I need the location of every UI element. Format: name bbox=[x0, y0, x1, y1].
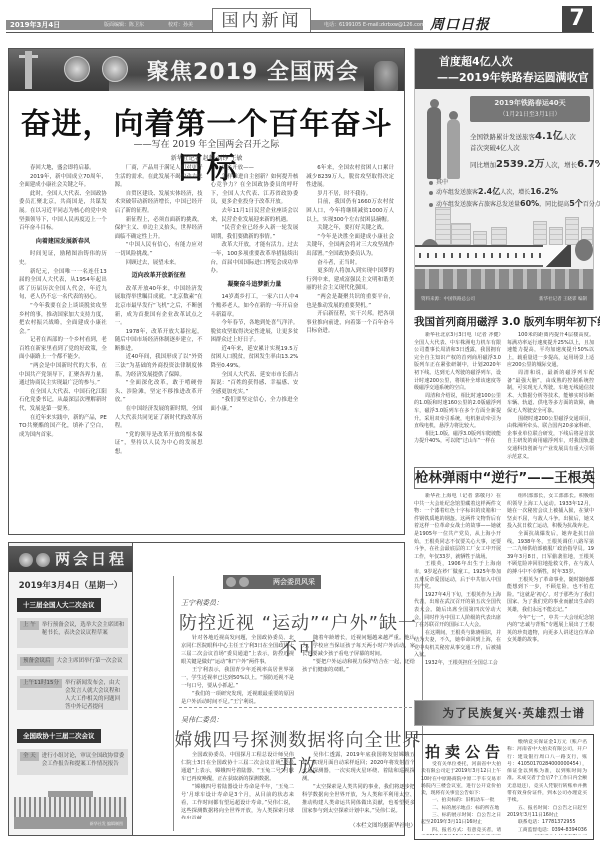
feature-source: （本栏文图均据新华社电） bbox=[350, 821, 416, 829]
paragraph: 新征程上，必须直面新的挑战，保护主义、单边主义抬头，世界经济面临不确定性上升。 bbox=[115, 216, 203, 242]
paragraph: 吴伟仁透露，2019年底我国将发射嫦娥五号，实现月面自动采样返回；2020年将发… bbox=[302, 751, 415, 783]
paragraph: 改革开放40年来，中国经济发展取得举世瞩目成就。“北京数素”在北京市最早发行“飞… bbox=[115, 285, 203, 328]
article-column: 组织部部长，女工部部长。积极组织领导上海工人运动。1933年12月，她在一次秘密… bbox=[507, 493, 594, 695]
paragraph: “全面深化改革，敢于啃硬骨头、涉险滩，坚定不移推进改革开放。” bbox=[115, 379, 203, 405]
paragraph: 去年11月1日民营企业座谈会以来，民营企业发展迎来新的机遇。 bbox=[211, 207, 299, 224]
sessions-schedule: 两会日程 2019年3月4日（星期一） 十三届全国人大二次会议 上 午 举行预备… bbox=[8, 542, 133, 836]
paragraph: 春回大地，盛会即将启幕。 bbox=[19, 164, 107, 173]
infographic-header: 首度超4亿人次 ——2019年铁路春运圆满收官 bbox=[415, 49, 593, 89]
paragraph: 王根英，1906年出生于上海南市，9岁起在纱厂做童工。1925年参加五卅反帝爱国… bbox=[414, 561, 501, 591]
article-column: 厂商，产品用于满足人们对更好生活的需求。在此发展不竭的动力来源。 自贸区建设、发… bbox=[115, 164, 203, 526]
stat-milestone: 首次突破4亿人次 bbox=[470, 143, 520, 152]
paragraph: “我们的一项研究发现，近视眼最重要的原因是户外活动时间不足。”王宁利说。 bbox=[181, 690, 294, 704]
traveler-icon bbox=[447, 119, 460, 179]
paragraph: 随着年龄增长，近视问题越来越严重。他认为，学校应当保证孩子每天两小时户外活动，家… bbox=[302, 634, 415, 658]
feature-label: 两会委员风采 bbox=[223, 575, 321, 589]
paragraph: 在这期间，王根英与陈赓相识，并结为夫妻，不久，她奉命回到上海，在党中央机关秘密从… bbox=[414, 630, 501, 660]
paragraph: 回顾过去，展望未来。 bbox=[115, 259, 203, 268]
article-column: 随着年龄增长，近视问题越来越严重。他认为，学校应当保证孩子每天两小时户外活动，家… bbox=[302, 634, 415, 704]
badge-dates: （1月21日至3月1日） bbox=[470, 109, 590, 118]
paragraph: 近4年来，延安累计实现19.5万贫困人口脱贫，贫困发生率由13.2%降至0.49… bbox=[211, 345, 299, 371]
infographic-headline: 首度超4亿人次 bbox=[439, 53, 513, 69]
paragraph: 岁月不居，时不我待。 bbox=[306, 190, 394, 199]
profile-body: 针对各地近视高发问题，全国政协委员、北京同仁医院眼科中心主任王宁利3日在全国政协… bbox=[181, 634, 415, 704]
profile-member-name: 吴伟仁委员： bbox=[181, 715, 223, 725]
paragraph: 四、报名方式：有意竞买者，请于2019年3月11日16时前向指定账户 bbox=[421, 827, 501, 835]
paragraph: 新纪元，全国唯一一名连任13届的全国人大代表，从1954年起出席了历届历次全国人… bbox=[19, 268, 107, 302]
schedule-item: 上 午 举行预备会议，选举大会主席团和秘书长，表决会议议程草案 bbox=[17, 618, 128, 648]
schedule-time: 上午11时15分 bbox=[20, 679, 62, 688]
article-column: 新华社北京3月3日电（记者 齐健）全国人大代表、中车株洲电力机车有限公司董事长周… bbox=[414, 332, 501, 462]
paragraph: 新华社北京3月3日电（记者 齐健）全国人大代表、中车株洲电力机车有限公司董事长周… bbox=[414, 332, 501, 393]
section-subhead: 迈向改革开放新征程 bbox=[115, 272, 203, 281]
paragraph: “民营企业已经步入新一轮发展周期，我们要做新的事情。” bbox=[211, 224, 299, 241]
paragraph: 6年来，全国农村贫困人口累计减少8239万人，脱贫攻坚取得决定性进展。 bbox=[306, 164, 394, 190]
martyr-headline: 枪林弹雨中“逆行”——王根英 bbox=[414, 467, 594, 489]
section-title: 国内新闻 bbox=[212, 8, 311, 32]
paragraph: 二、标的展示地点：标的所在地 bbox=[421, 805, 501, 812]
cppcc-emblem-icon bbox=[239, 577, 249, 587]
paragraph: “太空探索是人类共同的事业，我们将逐步把科学数据向全世界开放，为人类和平利用太空… bbox=[302, 783, 415, 815]
paragraph: 更多的人将加入到实现中国梦的行列中来，建成富强民主文明和谐美丽的社会主义现代化强… bbox=[306, 267, 394, 293]
national-emblem-icon bbox=[64, 56, 90, 82]
paragraph: 1927年4月下旬，王根英作为上海代表，出席在武汉召开的第五次全国代表大会。随后… bbox=[414, 592, 501, 630]
paragraph: 全国政协委员、中国探月工程总设计师吴伟仁院士3日在全国政协十三届二次会议首场“委… bbox=[181, 751, 294, 783]
page-number: 7 bbox=[562, 6, 592, 32]
schedule-title: 两会日程 bbox=[55, 550, 127, 568]
member-profiles: 王宁利委员： 防控近视 “运动”“户外”缺一不可 针对各地近视高发问题，全国政协… bbox=[133, 542, 405, 836]
tree-icon bbox=[575, 239, 593, 261]
schedule-text: 大会主席团举行第一次会议 bbox=[57, 657, 123, 667]
paragraph: 怎样推进自主创新？如何提升核心竞争力？在全国政协委员的呼吁下，全国人大代表、江苏… bbox=[211, 173, 299, 207]
lead-subheadline: ——写在 2019 年全国两会召开之际 bbox=[9, 137, 404, 150]
paragraph: 在全国人大代表、中国石化江阳石化党委书记，从最深层次理解新时代，发展是第一要务。 bbox=[19, 388, 107, 414]
viaduct-illustration bbox=[415, 269, 593, 289]
paragraph: “嫦娥四号着陆器设计寿命是半年，‘玉兔二号’月球车设计寿命是3个月，从目前的状态… bbox=[181, 783, 294, 819]
paragraph: 在中国经济发展的新时期，全国人大代表共同见证了新时代的改革历程。 bbox=[115, 405, 203, 431]
heroes-series-banner: 为了民族复兴·英雄烈士谱 bbox=[414, 700, 594, 726]
feature-label-text: 两会委员风采 bbox=[273, 578, 315, 586]
bullet-icon bbox=[429, 181, 433, 185]
article-column: 缴纳竞买保证金1万元（账户名称：河南省中大拍卖有限公司，开户行：建设银行周口八一… bbox=[507, 739, 587, 835]
train-nose-icon bbox=[543, 245, 571, 267]
travelers-illustration bbox=[427, 99, 467, 179]
schedule-header: 两会日程 bbox=[9, 546, 132, 572]
sub-label: 其中 bbox=[429, 177, 448, 186]
paragraph: 2019年，新中国成立70周年，全面建成小康社会关键之年。 bbox=[19, 173, 107, 190]
paragraph: 厂商，产品用于满足人们对更好生活的需求。在此发展不竭的动力来源。 bbox=[115, 164, 203, 190]
masthead: 2019年3月4日 版面编辑：陈卫东 校对：孙美 国内新闻 电话：6199105… bbox=[0, 0, 600, 38]
article-column: 全国政协委员、中国探月工程总设计师吴伟仁院士3日在全国政协十三届二次会议首场“委… bbox=[181, 751, 294, 819]
paragraph: “今年我要在会上谈谈脱贫攻坚乡村的事，推动国家加大支持力度，把农村振兴战略，全面… bbox=[19, 302, 107, 336]
national-emblem-icon bbox=[226, 577, 236, 587]
auction-notice: 拍卖公告 受有关单位委托，河南省中大拍卖有限公司定于2019年3月12日上午10… bbox=[414, 734, 594, 840]
schedule-credit: 新华社发 编辑制图 bbox=[90, 821, 123, 827]
paragraph: “党的领导是改革开放的根本保证”，坚持以人民为中心的发展思想。 bbox=[115, 431, 203, 457]
page-editor: 版面编辑：陈卫东 bbox=[104, 21, 144, 28]
schedule-item: 全 天 进行小组讨论，审议全国政协常委会工作报告和提案工作情况报告 bbox=[17, 749, 128, 775]
traveler-icon bbox=[427, 107, 441, 179]
cppcc-emblem-icon bbox=[36, 553, 50, 567]
schedule-time: 预备会议后 bbox=[20, 657, 54, 666]
paragraph: 针对各地近视高发问题，全国政协委员、北京同仁医院眼科中心主任王宁利3日在全国政协… bbox=[181, 634, 294, 666]
paragraph: 联系电话：17781372955 bbox=[507, 819, 587, 826]
newspaper-name: 周口日报 bbox=[430, 14, 490, 34]
auction-signature-company: 河南省中大拍卖有限公司 bbox=[507, 834, 587, 835]
schedule-time: 全 天 bbox=[20, 752, 39, 761]
schedule-time: 上 午 bbox=[20, 621, 39, 630]
paragraph: 在近年来实践中，新的产品，PETO共聚酯的国产化，填补了空白，成为国内首家。 bbox=[19, 414, 107, 440]
paragraph: 周清和介绍说，相比时速100公里的1.0版和时速160公里的2.0版磁浮列车，磁… bbox=[414, 393, 501, 431]
paragraph: 今年“七一”，中共一大会址纪念馆内的“忠诚与背叛”专题展上展出了王根英的珍贵遗物… bbox=[507, 615, 594, 645]
auction-body: 受有关单位委托，河南省中大拍卖有限公司定于2019年3月12日上午10时在中原路… bbox=[421, 761, 587, 835]
paragraph: 更多开放—— bbox=[211, 164, 299, 173]
paragraph: 今年春节，各地到处喜气洋洋。脱贫攻坚取得决定性进展，让更多贫困群众过上好日子。 bbox=[211, 319, 299, 345]
paragraph: 全国人大代表、延安市市长薛占海说：“百姓的获得感、幸福感、安全感更加充实。” bbox=[211, 371, 299, 397]
stat-growth: 同比增加2539.2万人次，增长6.7% bbox=[470, 155, 600, 170]
article-column: 吴伟仁透露，2019年底我国将发射嫦娥五号，实现月面自动采样返回；2020年将发… bbox=[302, 751, 415, 819]
paragraph: 周清和说，最新的磁浮列车配备“最强大脑”，由成熟的控制系统控制，可实现无人驾驶。… bbox=[507, 370, 594, 416]
paragraph: 新华社上海电（记者 郭敬丹）在中共一大会址纪念馆里藏着这样两件文物：一个漆着红色… bbox=[414, 493, 501, 561]
paragraph: 记者在西部的一个乡村看到，老百姓在新家里看到了党的好政策，全面小康路上一个都不能… bbox=[19, 336, 107, 362]
issue-date: 2019年3月4日 bbox=[10, 20, 60, 30]
paragraph: 王宁利表示，我国青少年近视率高居世界第一，学生近视率已达到50%以上。“预防近视… bbox=[181, 666, 294, 690]
data-source: 资料来源：中国铁路总公司 bbox=[421, 296, 475, 302]
paragraph: 关键之年，要打好关键之战。 bbox=[306, 224, 394, 233]
paragraph: 缴纳竞买保证金1万元（账户名称：河南省中大拍卖有限公司，开户行：建设银行周口八一… bbox=[507, 739, 587, 805]
paragraph: 1978年，改革开放大幕拉起，随后中国市场经济体制逐步建立，不断推进。 bbox=[115, 328, 203, 354]
paragraph: 相比1.0版，磁浮3.0版列车爬坡能力提升40%，可以爬“过山车”一样在 bbox=[414, 431, 501, 446]
paragraph: 时间见证，励精图治铸伟的历史。 bbox=[19, 250, 107, 267]
lead-article-body: 春回大地，盛会即将启幕。 2019年，新中国成立70周年，全面建成小康社会关键之… bbox=[19, 164, 394, 526]
paragraph: “我们要坚定信心，全力推进全面小康。” bbox=[211, 396, 299, 413]
schedule-text: 进行小组讨论，审议全国政协常委会工作报告和提案工作情况报告 bbox=[42, 752, 125, 772]
paragraph: “中国人民有信心，有能力应对一切风险挑战。” bbox=[115, 241, 203, 258]
auction-title: 拍卖公告 bbox=[425, 741, 505, 762]
paragraph: 三、标的展示时间：自公告之日起至2019年3月11日16时止 bbox=[421, 812, 501, 827]
heroes-series-title: 为了民族复兴·英雄烈士谱 bbox=[442, 705, 585, 721]
article-column: 6年来，全国农村贫困人口累计减少8239万人，脱贫攻坚取得决定性进展。 岁月不居… bbox=[306, 164, 394, 526]
paragraph: 五、报名时间：自公告之日起至2019年3月11日16时止 bbox=[507, 805, 587, 820]
paragraph: 100米的距离内提升4层楼高度。每满功率运行速度提升25%以上，且加速能力提高，… bbox=[507, 332, 594, 370]
section-subhead: 向着建国发展新春风 bbox=[19, 238, 107, 247]
paragraph: 奋斗者，正当时。 bbox=[306, 259, 394, 268]
paragraph: “要把户外运动和视力保护结合在一起，还给孩子们健康的双眼。” bbox=[302, 658, 415, 674]
two-sessions-banner: 聚焦2019 全国两会 bbox=[9, 49, 404, 91]
article-column: 针对各地近视高发问题，全国政协委员、北京同仁医院眼科中心主任王宁利3日在全国政协… bbox=[181, 634, 294, 704]
paragraph: 王根英为了革命事业，随时随地都能想到下一步，不顾危险，也不怕危险。“这就是‘初心… bbox=[507, 577, 594, 615]
national-emblem-icon bbox=[19, 553, 33, 567]
paragraph: “两会是中国新时代的大事，在中国共产党领导下，汇聚各界力量，通过协商民主实现最广… bbox=[19, 362, 107, 388]
lead-article: 聚焦2019 全国两会 奋进，向着第一个百年奋斗目标 ——写在 2019 年全国… bbox=[8, 48, 405, 535]
paragraph: 围绕时速200公里磁浮交通项目，由株洲所牵头、联合国内20多家科研、企事业单位联… bbox=[507, 416, 594, 462]
contact-info: 电话：6199105 E-mail:zkrbxw@126.com bbox=[324, 21, 425, 28]
paragraph: 改革大开放，才能有活力。过去一年，100多项重要改革举措陆续出台，首届中国国际进… bbox=[211, 241, 299, 275]
paragraph: 组织部部长，女工部部长。积极组织领导上海工人运动。1933年12月，她在一次秘密… bbox=[507, 493, 594, 531]
article-column: 春回大地，盛会即将启幕。 2019年，新中国成立70周年，全面建成小康社会关键之… bbox=[19, 164, 107, 526]
schedule-text: 举行新闻发布会，由大会发言人就大会议程和人大工作相关的问题回答中外记者提问 bbox=[65, 679, 125, 707]
infographic-badge: 2019年铁路春运40天 （1月21日至3月1日） bbox=[470, 96, 590, 122]
schedule-date: 2019年3月4日（星期一） bbox=[9, 579, 132, 591]
paragraph: 1932年，王根英担任全国总工会 bbox=[414, 660, 501, 668]
profile-member-name: 王宁利委员： bbox=[181, 598, 223, 608]
huabiao-pillar-icon bbox=[25, 51, 32, 89]
masthead-rule bbox=[6, 32, 594, 33]
great-hall-illustration: 新华社发 编辑制图 bbox=[14, 791, 127, 829]
city-skyline-illustration bbox=[415, 189, 593, 245]
cppcc-emblem-icon bbox=[102, 56, 128, 82]
paragraph: 开启新征程，实干兴邦。把各项事业推向前进，向着第一个百年奋斗目标奋进。 bbox=[306, 310, 394, 336]
article-column: 受有关单位委托，河南省中大拍卖有限公司定于2019年3月12日上午10时在中原路… bbox=[421, 761, 501, 835]
paragraph: 14岁离乡打工，一家六口人中4个赡养老人，如今在新的一年开启奋斗新篇章。 bbox=[211, 293, 299, 319]
paragraph: 自贸区建设、发展实体经济，技术突破带动新经济增长，中国已经开启了新的征程。 bbox=[115, 190, 203, 216]
railway-infographic: 首度超4亿人次 ——2019年铁路春运圆满收官 2019年铁路春运40天 （1月… bbox=[414, 48, 594, 310]
martyr-article: 新华社上海电（记者 郭敬丹）在中共一大会址纪念馆里藏着这样两件文物：一个漆着红色… bbox=[414, 493, 594, 695]
article-column: 更多开放—— 怎样推进自主创新？如何提升核心竞争力？在全国政协委员的呼吁下，全国… bbox=[211, 164, 299, 526]
article-column: 新华社上海电（记者 郭敬丹）在中共一大会址纪念馆里藏着这样两件文物：一个漆着红色… bbox=[414, 493, 501, 695]
infographic-subheadline: ——2019年铁路春运圆满收官 bbox=[437, 69, 589, 85]
paragraph: 近40年间，我国形成了以“外资三法”为基础的外商投资法律制度体系，为经济发展提供… bbox=[115, 353, 203, 379]
graphic-credit: 新华社记者 王晓霏 编制 bbox=[539, 296, 587, 302]
lead-byline: 新华社记者 赵超 刘铮 王敏 bbox=[9, 153, 404, 162]
paragraph: 全面抗战爆发后，她奔赴抗日前线。1938年冬，王根英调任八路军第一二九师供给部被… bbox=[507, 531, 594, 577]
paragraph: 目前，我国仍有1660万农村贫困人口，今年将继续减贫1000万人以上，实现300… bbox=[306, 198, 394, 224]
profile-body: 全国政协委员、中国探月工程总设计师吴伟仁院士3日在全国政协十三届二次会议首场“委… bbox=[181, 751, 415, 819]
banner-title: 聚焦2019 全国两会 bbox=[147, 55, 359, 86]
stone-lion-icon bbox=[374, 61, 398, 91]
page-proofreader: 校对：孙美 bbox=[168, 21, 193, 28]
paragraph: 此时，全国人大代表、全国政协委员汇聚北京，共商国是，共谋发展。在以习近平同志为核… bbox=[19, 190, 107, 233]
schedule-text: 举行预备会议，选举大会主席团和秘书长，表决会议议程草案 bbox=[42, 621, 125, 645]
maglev-headline: 我国首列商用磁浮 3.0 版列车明年初下线 bbox=[414, 314, 594, 329]
divider bbox=[179, 707, 417, 708]
schedule-item: 预备会议后 大会主席团举行第一次会议 bbox=[17, 654, 128, 670]
article-column: 100米的距离内提升4层楼高度。每满功率运行速度提升25%以上，且加速能力提高，… bbox=[507, 332, 594, 462]
section-subhead: 凝聚奋斗追梦新力量 bbox=[211, 281, 299, 290]
maglev-article: 新华社北京3月3日电（记者 齐健）全国人大代表、中车株洲电力机车有限公司董事长周… bbox=[414, 332, 594, 462]
member-profiles-frame: 王宁利委员： 防控近视 “运动”“户外”缺一不可 针对各地近视高发问题，全国政协… bbox=[173, 576, 423, 831]
paragraph: 受有关单位委托，河南省中大拍卖有限公司定于2019年3月12日上午10时在中原路… bbox=[421, 761, 501, 797]
schedule-category: 十三届全国人大二次会议 bbox=[17, 598, 101, 612]
stat-total: 全国铁路累计发送旅客4.1亿人次 bbox=[470, 127, 576, 142]
paragraph: 一、拍卖标的：旧机动车一批 bbox=[421, 797, 501, 804]
schedule-item: 上午11时15分 举行新闻发布会，由大会发言人就大会议程和人大工作相关的问题回答… bbox=[17, 676, 128, 710]
badge-title: 2019年铁路春运40天 bbox=[470, 98, 590, 108]
paragraph: “今年是决胜全面建成小康社会关键年，全国两会将对三大攻坚战作出部署。”全国政协委… bbox=[306, 233, 394, 259]
schedule-category: 全国政协十三届二次会议 bbox=[17, 729, 101, 743]
paragraph: 工商监督电话：0394-8394036 bbox=[507, 827, 587, 834]
paragraph: “两会是凝聚共识的重要平台，也是推动发展的重要契机。” bbox=[306, 293, 394, 310]
